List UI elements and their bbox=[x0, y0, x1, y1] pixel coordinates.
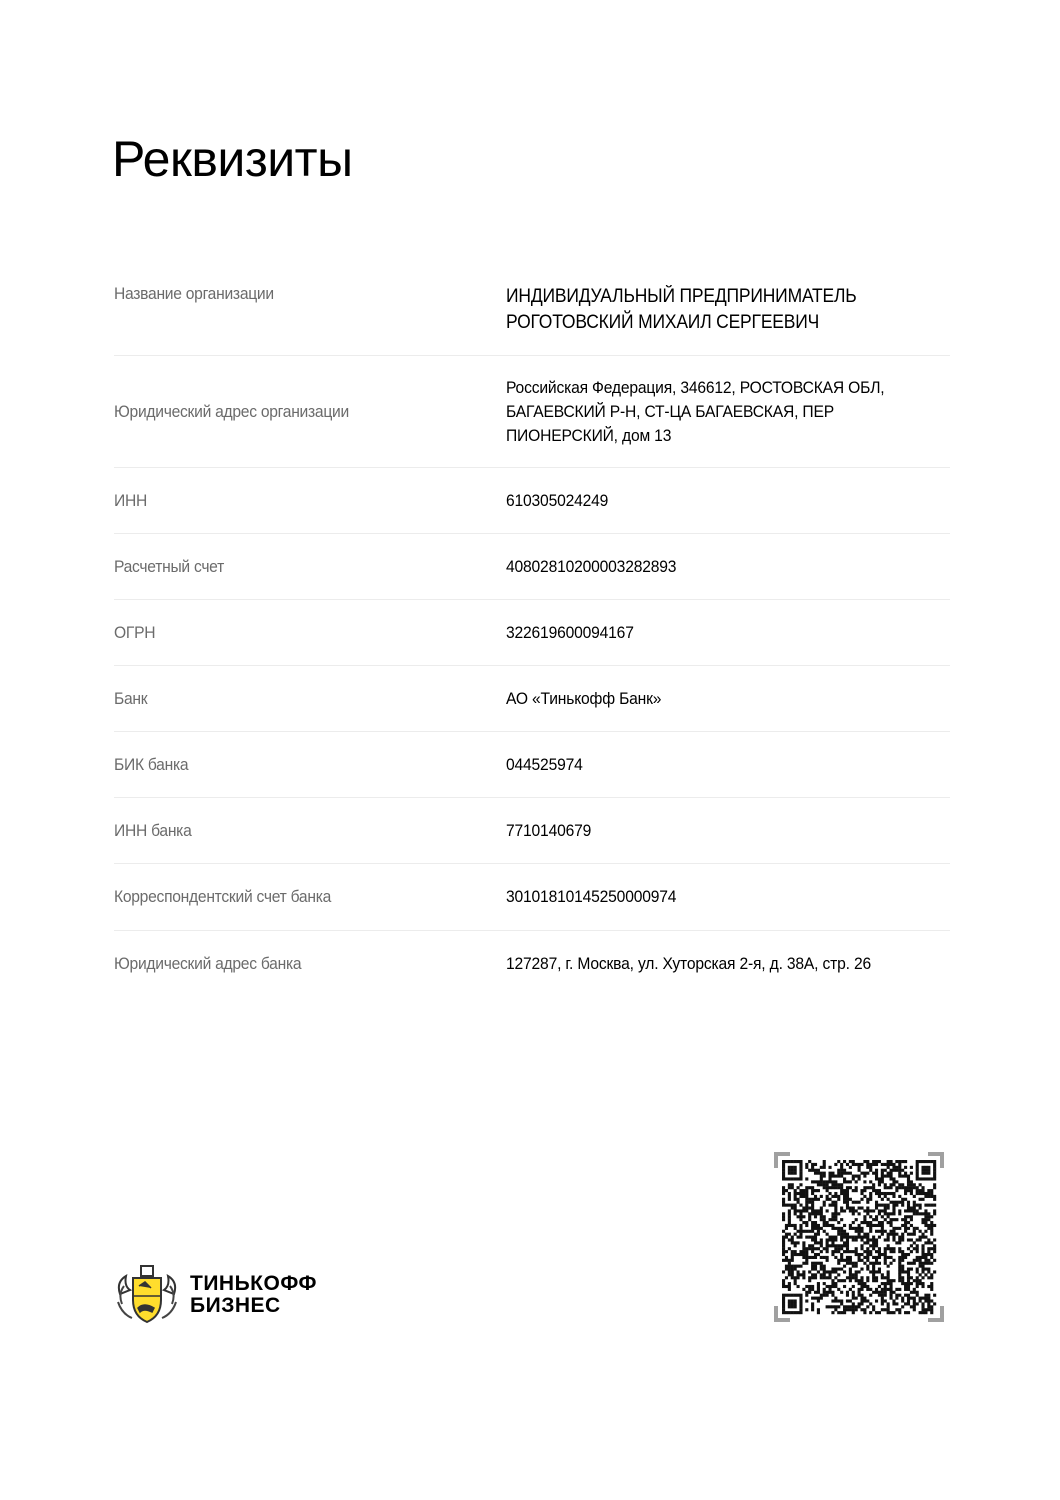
row-account: Расчетный счет 40802810200003282893 bbox=[114, 534, 950, 600]
row-value: ИНДИВИДУАЛЬНЫЙ ПРЕДПРИНИМАТЕЛЬРОГОТОВСКИ… bbox=[506, 284, 914, 336]
row-label: Юридический адрес банка bbox=[114, 954, 475, 974]
row-value: 30101810145250000974 bbox=[506, 885, 914, 909]
row-organization-name: Название организации ИНДИВИДУАЛЬНЫЙ ПРЕД… bbox=[114, 270, 950, 356]
row-value: Российская Федерация, 346612, РОСТОВСКАЯ… bbox=[506, 376, 914, 448]
row-ogrn: ОГРН 322619600094167 bbox=[114, 600, 950, 666]
row-label: ОГРН bbox=[114, 623, 475, 643]
row-label: БИК банка bbox=[114, 755, 475, 775]
row-label: Расчетный счет bbox=[114, 557, 475, 577]
tinkoff-business-logo: ТИНЬКОФФ БИЗНЕС bbox=[114, 1264, 317, 1326]
row-value: 610305024249 bbox=[506, 489, 914, 513]
row-label: Юридический адрес организации bbox=[114, 402, 475, 422]
qr-code-icon bbox=[774, 1152, 944, 1322]
row-organization-address: Юридический адрес организации Российская… bbox=[114, 356, 950, 468]
row-value: 7710140679 bbox=[506, 819, 914, 843]
row-label: Банк bbox=[114, 689, 475, 709]
row-label: ИНН банка bbox=[114, 821, 475, 841]
row-bank-address: Юридический адрес банка 127287, г. Москв… bbox=[114, 931, 950, 997]
row-value: 044525974 bbox=[506, 753, 914, 777]
row-inn: ИНН 610305024249 bbox=[114, 468, 950, 534]
tinkoff-coat-of-arms-icon bbox=[114, 1264, 180, 1326]
page-title: Реквизиты bbox=[112, 130, 353, 188]
row-bank-inn: ИНН банка 7710140679 bbox=[114, 798, 950, 864]
row-value: 127287, г. Москва, ул. Хуторская 2-я, д.… bbox=[506, 952, 914, 976]
row-label: Корреспондентский счет банка bbox=[114, 887, 475, 907]
row-bik: БИК банка 044525974 bbox=[114, 732, 950, 798]
requisites-table: Название организации ИНДИВИДУАЛЬНЫЙ ПРЕД… bbox=[114, 270, 950, 997]
row-value: АО «Тинькофф Банк» bbox=[506, 687, 914, 711]
row-value: 322619600094167 bbox=[506, 621, 914, 645]
logo-text: ТИНЬКОФФ БИЗНЕС bbox=[190, 1273, 317, 1317]
row-value: 40802810200003282893 bbox=[506, 555, 914, 579]
row-label: Название организации bbox=[114, 284, 475, 304]
row-bank: Банк АО «Тинькофф Банк» bbox=[114, 666, 950, 732]
row-label: ИНН bbox=[114, 491, 475, 511]
row-corr-account: Корреспондентский счет банка 30101810145… bbox=[114, 864, 950, 931]
